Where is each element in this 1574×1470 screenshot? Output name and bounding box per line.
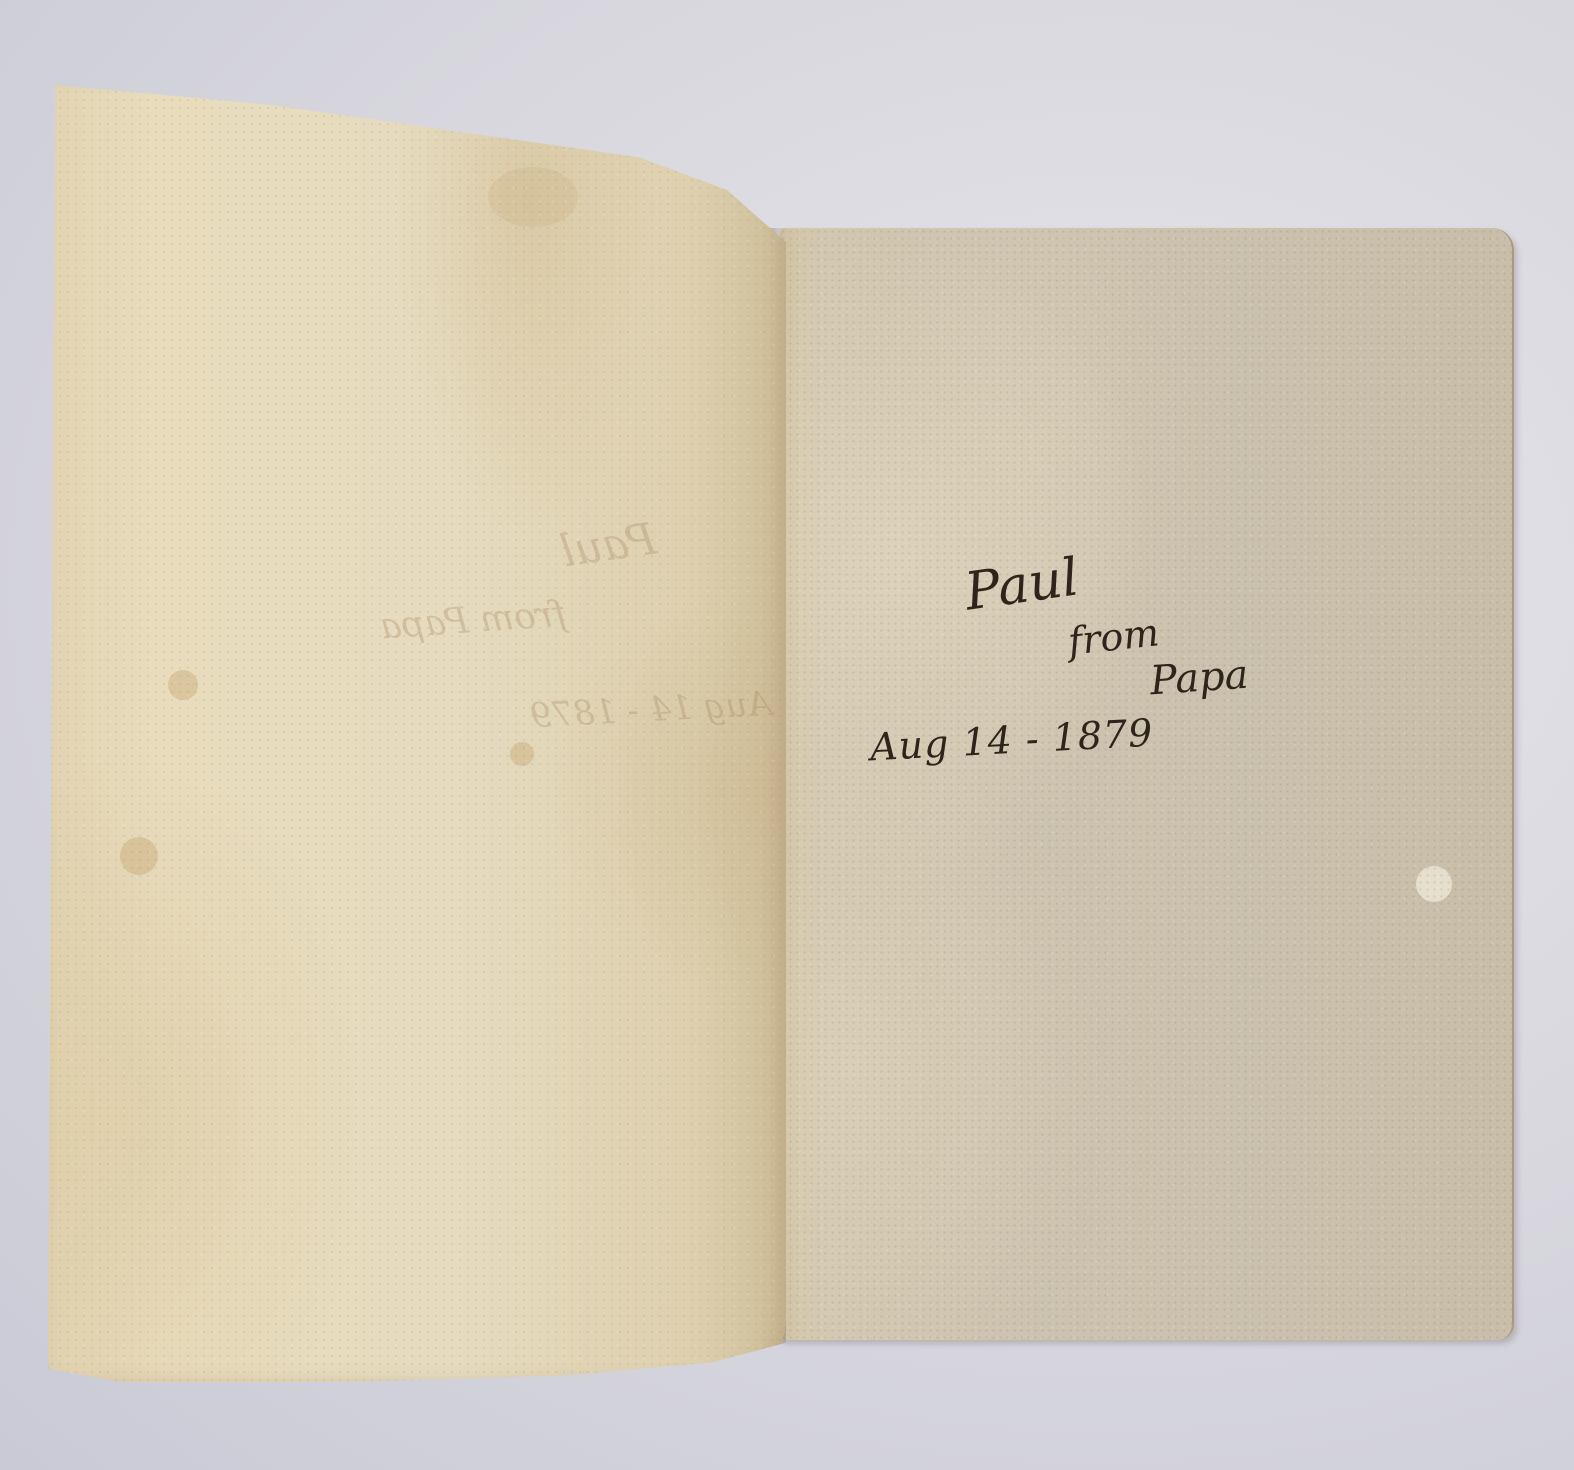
- right-page: [780, 228, 1514, 1340]
- foxing-spot: [120, 837, 158, 875]
- photo-scene: Paul from Papa Aug 14 - 1879 Paul from P…: [0, 0, 1574, 1470]
- paper-blemish: [1416, 866, 1452, 902]
- foxing-spot: [510, 742, 534, 766]
- foxing-spot: [168, 670, 198, 700]
- inscription-giver: Papa: [1149, 652, 1250, 705]
- stain: [488, 167, 578, 227]
